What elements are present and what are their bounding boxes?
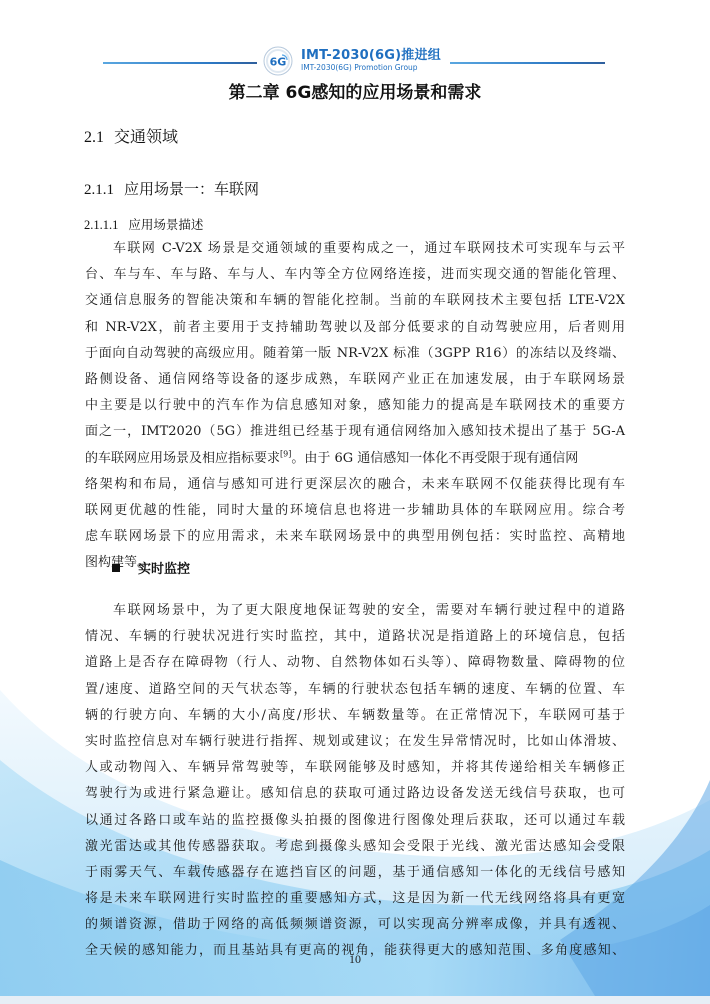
subsection-title: 应用场景一：车联网 <box>124 180 259 198</box>
imt2030-logo-icon: 6G <box>262 46 294 76</box>
chapter-title: 第二章 6G感知的应用场景和需求 <box>0 78 710 103</box>
paragraph-line: 络架构和布局，通信与感知可进行更深层次的融合，未来车联网不仅能获得比现有车 <box>85 472 625 498</box>
paragraph-line: 驾驶行为或进行紧急避让。感知信息的获取可通过路边设备发送无线信号获取，也可 <box>85 781 625 807</box>
bullet-heading-realtime-monitoring: 实时监控 <box>112 558 190 577</box>
paragraph-line: 以通过各路口或车站的监控摄像头拍摄的图像进行图像处理后获取，还可以通过车载 <box>85 808 625 834</box>
svg-text:6G: 6G <box>270 56 287 69</box>
paragraph-line: 车联网场景中，为了更大限度地保证驾驶的安全，需要对车辆行驶过程中的道路 <box>85 598 625 624</box>
paragraph-line: 交通信息服务的智能决策和车辆的智能化控制。当前的车联网技术主要包括 LTE-V2… <box>85 288 625 314</box>
paragraph-line: 的频谱资源，借助于网络的高低频频谱资源，可以实现高分辨率成像，并具有透视、 <box>85 912 625 938</box>
subsubsection-number: 2.1.1.1 <box>84 218 118 232</box>
bullet-heading-title: 实时监控 <box>138 558 190 577</box>
paragraph-line: 于雨雾天气、车载传感器存在遮挡盲区的问题，基于通信感知一体化的无线信号感知 <box>85 860 625 886</box>
subsubsection-heading: 2.1.1.1应用场景描述 <box>84 215 203 233</box>
subsection-number: 2.1.1 <box>84 182 114 198</box>
section-number: 2.1 <box>84 129 104 146</box>
header-rule-right <box>450 62 605 64</box>
page-number: 10 <box>0 952 710 967</box>
paragraph-line: 虑车联网场景下的应用需求，未来车联网场景中的典型用例包括：实时监控、高精地 <box>85 524 625 550</box>
paragraph-line: 台、车与车、车与路、车与人、车内等全方位网络连接，进而实现交通的智能化管理、 <box>85 262 625 288</box>
paragraph-line: 于面向自动驾驶的高级应用。随着第一版 NR-V2X 标准（3GPP R16）的冻… <box>85 341 625 367</box>
paragraph-line: 车联网 C-V2X 场景是交通领域的重要构成之一，通过车联网技术可实现车与云平 <box>85 236 625 262</box>
brand-name-en: IMT-2030(6G) Promotion Group <box>301 63 441 73</box>
section-heading: 2.1交通领域 <box>84 124 178 147</box>
subsubsection-title: 应用场景描述 <box>128 217 203 232</box>
paragraph-line: 情况、车辆的行驶状况进行实时监控，其中，道路状况是指道路上的环境信息，包括 <box>85 624 625 650</box>
paragraph-line: 联网更优越的性能，同时大量的环境信息也将进一步辅助具体的车联网应用。综合考 <box>85 498 625 524</box>
paragraph-line: 实时监控信息对车辆行驶进行指挥、规划或建议；在发生异常情况时，比如山体滑坡、 <box>85 729 625 755</box>
paragraph-line: 激光雷达或其他传感器获取。考虑到摄像头感知会受限于光线、激光雷达感知会受限 <box>85 834 625 860</box>
header-rule-left <box>103 62 257 64</box>
paragraph-line: 人或动物闯入、车辆异常驾驶等，车联网能够及时感知，并将其传递给相关车辆修正 <box>85 755 625 781</box>
paragraph-line: 辆的行驶方向、车辆的大小/高度/形状、车辆数量等。在正常情况下，车联网可基于 <box>85 703 625 729</box>
paragraph-line: 中主要是以行驶中的汽车作为信息感知对象，感知能力的提高是车联网技术的重要方 <box>85 393 625 419</box>
paragraph-line: 路侧设备、通信网络等设备的逐步成熟，车联网产业正在加速发展，由于车联网场景 <box>85 367 625 393</box>
square-bullet-icon <box>112 564 120 572</box>
paragraph-line: 置/速度、道路空间的天气状态等，车辆的行驶状态包括车辆的速度、车辆的位置、车 <box>85 677 625 703</box>
paragraph-line: 和 NR-V2X，前者主要用于支持辅助驾驶以及部分低要求的自动驾驶应用，后者则用 <box>85 315 625 341</box>
page-header: 6G IMT-2030(6G)推进组 IMT-2030(6G) Promotio… <box>0 40 710 80</box>
subsection-heading: 2.1.1应用场景一：车联网 <box>84 178 259 199</box>
line-text: 的车联网应用场景及相应指标要求 <box>85 451 280 466</box>
paragraph-line: 将是未来车联网进行实时监控的重要感知方式，这是因为新一代无线网络将具有更宽 <box>85 886 625 912</box>
paragraph-realtime-monitoring: 车联网场景中，为了更大限度地保证驾驶的安全，需要对车辆行驶过程中的道路 情况、车… <box>85 598 625 965</box>
document-page: 6G IMT-2030(6G)推进组 IMT-2030(6G) Promotio… <box>0 0 710 1004</box>
line-text: 。由于 6G 通信感知一体化不再受限于现有通信网 <box>291 451 578 466</box>
citation-reference[interactable]: [9] <box>280 449 291 458</box>
paragraph-line: 面之一，IMT2020（5G）推进组已经基于现有通信网络加入感知技术提出了基于 … <box>85 419 625 445</box>
brand-block: IMT-2030(6G)推进组 IMT-2030(6G) Promotion G… <box>301 48 441 73</box>
brand-name-cn: IMT-2030(6G)推进组 <box>301 48 441 63</box>
section-title: 交通领域 <box>114 127 178 146</box>
paragraph-line: 道路上是否存在障碍物（行人、动物、自然物体如石头等）、障碍物数量、障碍物的位 <box>85 650 625 676</box>
paragraph-line-with-citation: 的车联网应用场景及相应指标要求[9]。由于 6G 通信感知一体化不再受限于现有通… <box>85 446 625 472</box>
paragraph-vehicle-network-intro: 车联网 C-V2X 场景是交通领域的重要构成之一，通过车联网技术可实现车与云平 … <box>85 236 625 576</box>
